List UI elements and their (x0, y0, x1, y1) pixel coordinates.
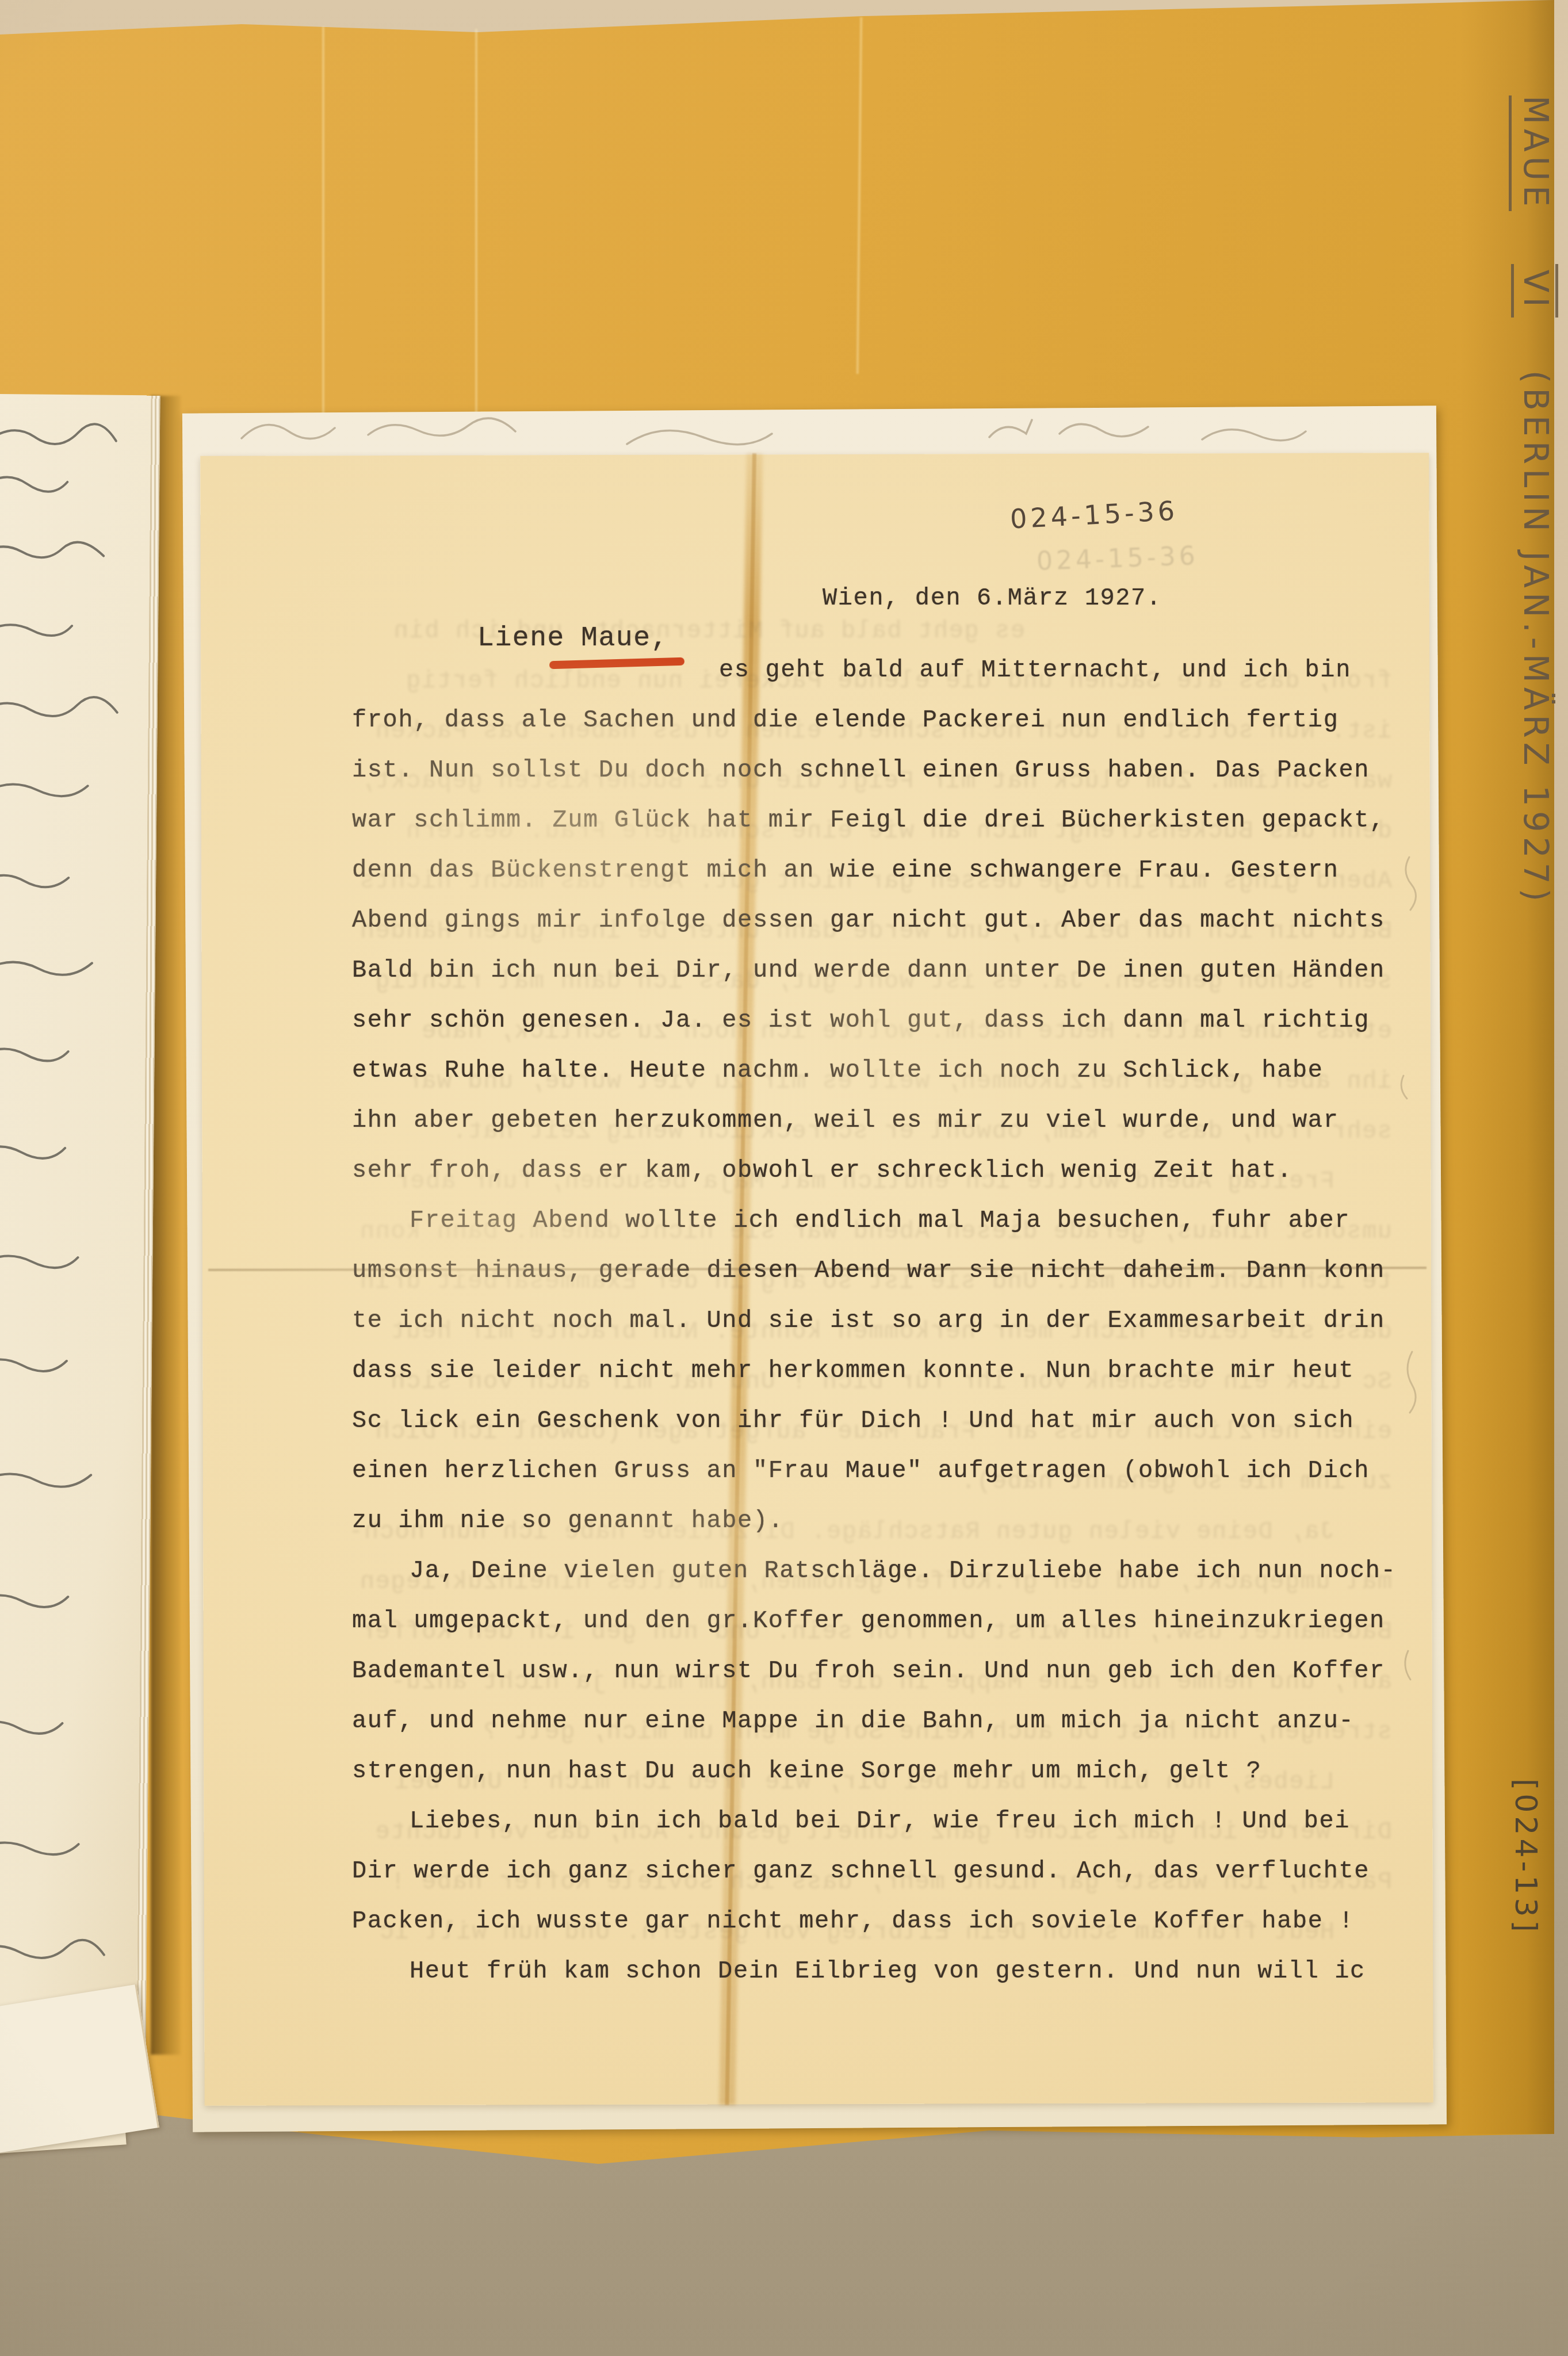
typed-line: Heut früh kam schon Dein Eilbrieg von ge… (352, 1946, 1410, 1997)
typed-line: sehr schön genesen. Ja. es ist wohl gut,… (352, 996, 1410, 1046)
typed-line: einen herzlichen Gruss an "Frau Maue" au… (352, 1446, 1410, 1496)
letter-dateline: Wien, den 6.März 1927. (823, 584, 1162, 612)
typed-line: es geht bald auf Mitternacht, und ich bi… (352, 645, 1410, 695)
archive-photo: es geht bald auf Mitternacht, und ich bi… (0, 0, 1568, 2356)
handwriting-strokes (0, 394, 160, 2051)
typed-line: Bald bin ich nun bei Dir, und werde dann… (352, 946, 1410, 996)
archive-number-ghost: 024-15-36 (1036, 541, 1199, 576)
folder-label-volume: VI (1511, 264, 1558, 318)
typed-line: mal umgepackt, und den gr.Koffer genomme… (352, 1596, 1410, 1646)
typed-line: ist. Nun sollst Du doch noch schnell ein… (352, 745, 1410, 795)
typed-line: froh, dass ale Sachen und die elende Pac… (352, 695, 1410, 745)
handwritten-page-stack (0, 394, 160, 2051)
folder-crease (475, 29, 477, 414)
folder-label-name: MAUE (1509, 95, 1555, 211)
typed-line: war schlimm. Zum Glück hat mir Feigl die… (352, 795, 1410, 846)
typed-line: Bademantel usw., nun wirst Du froh sein.… (352, 1646, 1410, 1696)
typed-line: ihn aber gebeten herzukommen, weil es mi… (352, 1096, 1410, 1146)
typed-line: zu ihm nie so genannt habe). (352, 1496, 1410, 1546)
folder-bottom-code: [024-13] (1508, 1779, 1543, 1936)
typed-line: dass sie leider nicht mehr herkommen kon… (352, 1346, 1410, 1396)
typed-line: Packen, ich wusste gar nicht mehr, dass … (352, 1896, 1410, 1946)
typed-line: Abend gings mir infolge dessen gar nicht… (352, 896, 1410, 946)
folder-label: MAUEVI(BERLIN JAN.-MÄRZ 1927) (1516, 95, 1555, 906)
letter-body: es geht bald auf Mitternacht, und ich bi… (352, 645, 1410, 1997)
typed-line: sehr froh, dass er kam, obwohl er schrec… (352, 1146, 1410, 1196)
typed-line: Dir werde ich ganz sicher ganz schnell g… (352, 1846, 1410, 1896)
folder-label-dates: (BERLIN JAN.-MÄRZ 1927) (1516, 370, 1555, 907)
typed-line: umsonst hinaus, gerade diesen Abend war … (352, 1246, 1410, 1296)
typed-line: te ich nicht noch mal. Und sie ist so ar… (352, 1296, 1410, 1346)
typed-line: Freitag Abend wollte ich endlich mal Maj… (352, 1196, 1410, 1246)
typed-line: denn das Bückenstrengt mich an wie eine … (352, 846, 1410, 896)
typed-line: strengen, nun hast Du auch keine Sorge m… (352, 1746, 1410, 1796)
loose-sheet-corner (0, 1984, 159, 2155)
typed-line: Ja, Deine vielen guten Ratschläge. Dirzu… (352, 1546, 1410, 1596)
typed-line: etwas Ruhe halte. Heute nachm. wollte ic… (352, 1046, 1410, 1096)
folder-crease (322, 26, 324, 418)
typed-line: Sc lick ein Geschenk von ihr für Dich ! … (352, 1396, 1410, 1446)
typed-line: Liebes, nun bin ich bald bei Dir, wie fr… (352, 1796, 1410, 1846)
typed-line: auf, und nehme nur eine Mappe in die Bah… (352, 1696, 1410, 1746)
